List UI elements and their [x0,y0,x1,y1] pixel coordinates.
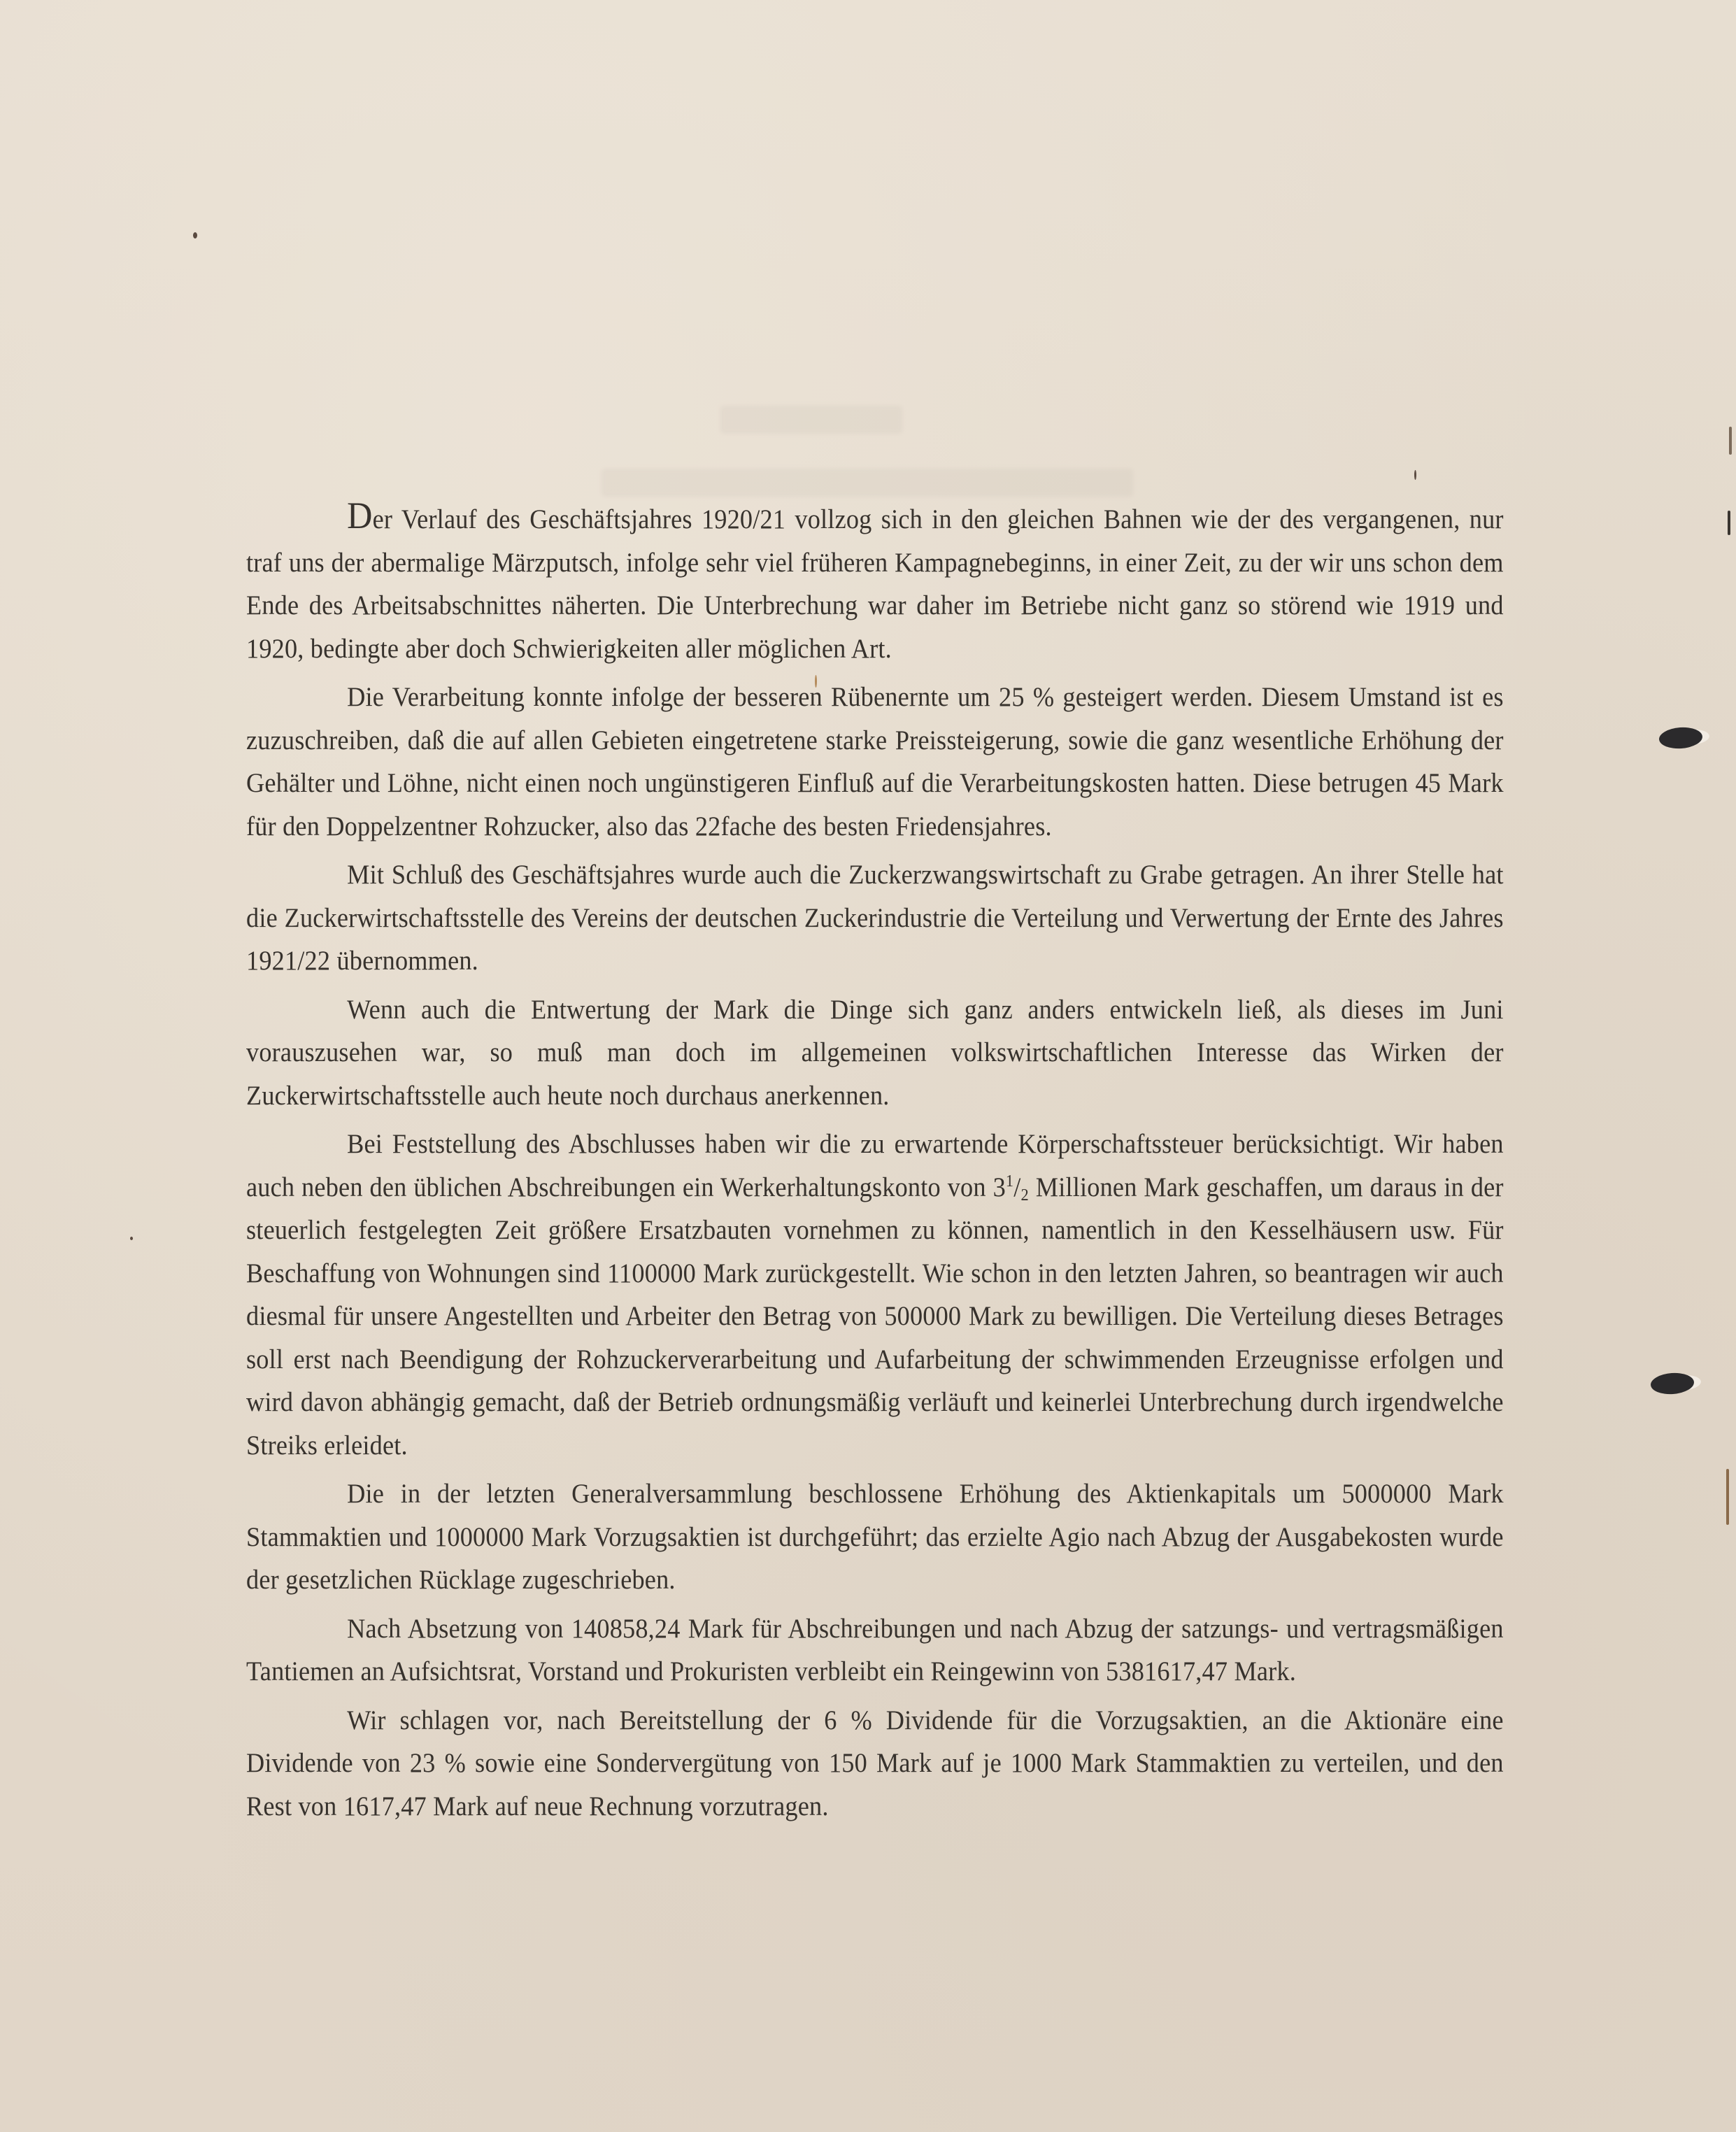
paragraph-7: Nach Absetzung von 140858,24 Mark für Ab… [246,1607,1504,1693]
paragraph-5: Bei Feststellung des Abschlusses haben w… [246,1123,1504,1467]
bleed-through-heading [602,406,1133,504]
paragraph-text: er Verlauf des Geschäftsjahres 1920/21 v… [246,504,1504,664]
edge-stain [1726,1469,1729,1525]
paragraph-1: Der Verlauf des Geschäftsjahres 1920/21 … [246,498,1504,670]
paper-speck [815,675,817,688]
fraction-denominator: 2 [1021,1186,1029,1204]
paper-speck [193,232,197,239]
paragraph-3: Mit Schluß des Geschäftsjahres wurde auc… [246,853,1504,983]
paragraph-4: Wenn auch die Entwertung der Mark die Di… [246,988,1504,1118]
body-text: Der Verlauf des Geschäftsjahres 1920/21 … [246,498,1504,1833]
paragraph-8: Wir schlagen vor, nach Bereitstellung de… [246,1699,1504,1828]
paragraph-2: Die Verarbeitung konnte infolge der bess… [246,676,1504,848]
paragraph-6: Die in der letzten Generalversammlung be… [246,1472,1504,1602]
bleed-through-title [720,406,902,434]
fraction-numerator: 1 [1006,1172,1013,1191]
scanned-page: Der Verlauf des Geschäftsjahres 1920/21 … [0,0,1736,2132]
punch-hole-icon [1658,726,1703,750]
edge-stain [1729,427,1732,455]
edge-stain [1728,511,1730,535]
punch-hole-icon [1650,1372,1695,1395]
dropcap: D [347,495,372,536]
bleed-through-subtitle [602,469,1133,497]
fraction-slash: / [1013,1172,1020,1202]
paper-speck [130,1237,133,1240]
paragraph-text: Millionen Mark geschaffen, um daraus in … [246,1172,1504,1461]
paper-speck [1414,470,1416,480]
